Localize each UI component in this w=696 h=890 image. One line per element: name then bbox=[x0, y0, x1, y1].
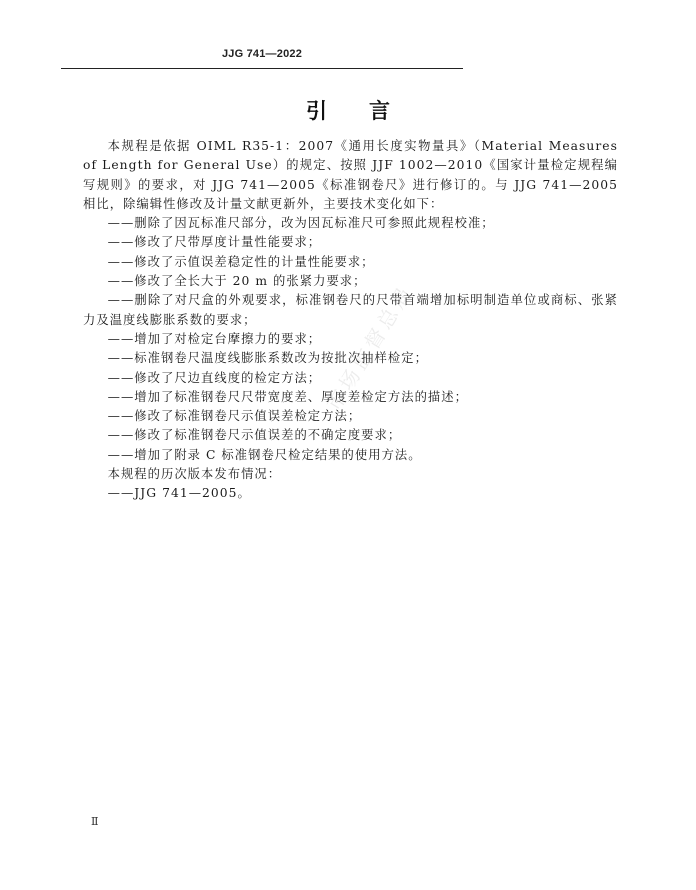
running-header: JJG 741—2022 bbox=[61, 48, 463, 60]
change-item: ——修改了尺带厚度计量性能要求； bbox=[83, 233, 618, 252]
change-item: ——删除了对尺盒的外观要求，标准钢卷尺的尺带首端增加标明制造单位或商标、张紧力及… bbox=[83, 291, 618, 330]
change-item: ——删除了因瓦标准尺部分，改为因瓦标准尺可参照此规程校准； bbox=[83, 214, 618, 233]
change-item: ——修改了示值误差稳定性的计量性能要求； bbox=[83, 253, 618, 272]
change-item: ——增加了标准钢卷尺尺带宽度差、厚度差检定方法的描述； bbox=[83, 388, 618, 407]
change-item: ——修改了全长大于 20 m 的张紧力要求； bbox=[83, 272, 618, 291]
history-item: ——JJG 741—2005。 bbox=[83, 484, 618, 503]
change-item: ——修改了标准钢卷尺示值误差检定方法； bbox=[83, 407, 618, 426]
title-char-1: 引 bbox=[306, 99, 327, 123]
page-title: 引言 bbox=[0, 95, 696, 125]
history-heading: 本规程的历次版本发布情况： bbox=[83, 465, 618, 484]
header-divider bbox=[61, 68, 463, 69]
title-char-2: 言 bbox=[369, 99, 390, 123]
change-item: ——标准钢卷尺温度线膨胀系数改为按批次抽样检定； bbox=[83, 349, 618, 368]
change-item: ——修改了尺边直线度的检定方法； bbox=[83, 369, 618, 388]
page-number: Ⅱ bbox=[91, 815, 98, 828]
change-item: ——增加了对检定台摩擦力的要求； bbox=[83, 330, 618, 349]
intro-paragraph: 本规程是依据 OIML R35-1：2007《通用长度实物量具》（Materia… bbox=[83, 137, 618, 214]
change-item: ——修改了标准钢卷尺示值误差的不确定度要求； bbox=[83, 426, 618, 445]
foreword-body: 本规程是依据 OIML R35-1：2007《通用长度实物量具》（Materia… bbox=[83, 137, 618, 504]
change-item: ——增加了附录 C 标准钢卷尺检定结果的使用方法。 bbox=[83, 446, 618, 465]
